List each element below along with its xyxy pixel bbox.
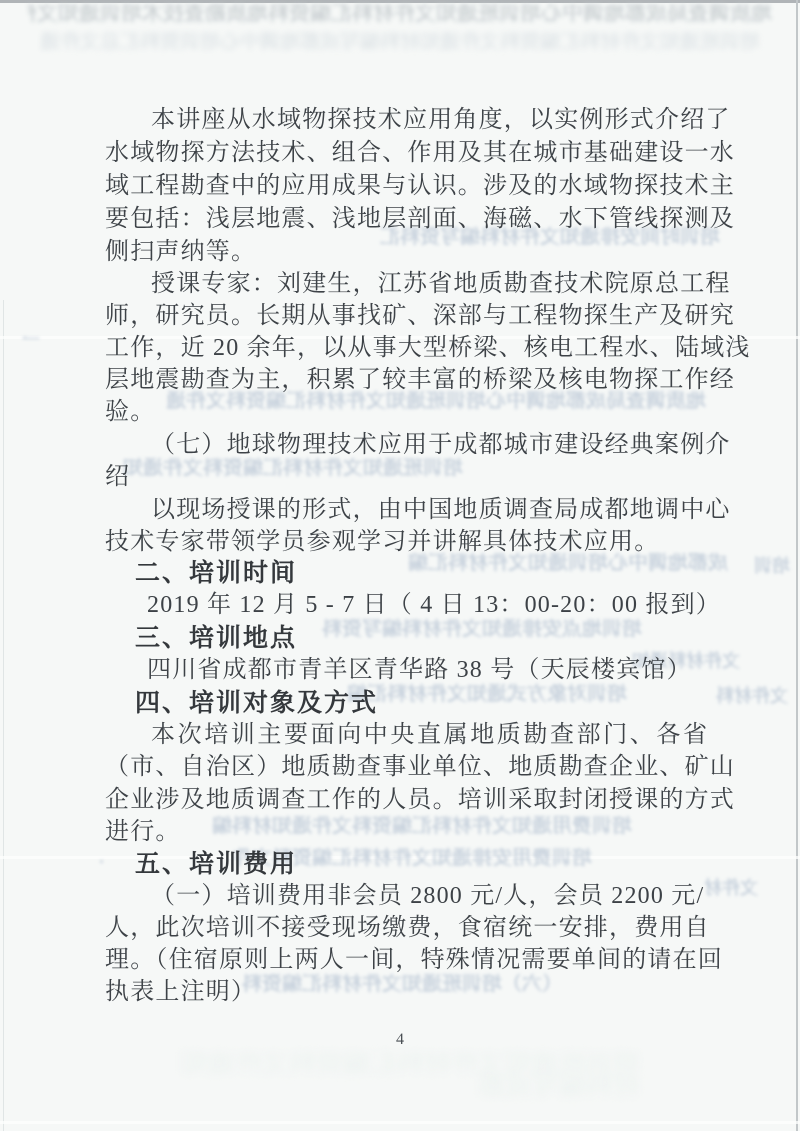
text-line: 要包括：浅层地震、浅地层剖面、海磁、水下管线探测及 (105, 203, 711, 236)
text-line: 侧扫声纳等。 (105, 236, 711, 269)
bleedthrough-artifact: 地质调查局成都地调中心培训班通知文件材料汇编资料地质勘查技术培训通知文件 (28, 4, 772, 25)
scan-top-edge-line (0, 0, 800, 3)
text-line: 以现场授课的形式，由中国地质调查局成都地调中心 (105, 494, 757, 527)
text-line: 层地震勘查为主，积累了较丰富的桥梁及核电物探工作经 (105, 364, 711, 397)
text-line-training-address: 四川省成都市青羊区青华路 38 号（天辰楼宾馆） (105, 654, 753, 687)
text-line: 人，此次培训不接受现场缴费，食宿统一安排，费用自 (105, 912, 711, 945)
text-line: 工作，近 20 余年，以从事大型桥梁、核电工程水、陆域浅 (105, 332, 711, 365)
text-line: （市、自治区）地质勘查事业单位、地质勘查企业、矿山 (105, 751, 711, 784)
bleedthrough-artifact: 培训班通知文件材料汇编资料文件通知材料编写成都 (180, 1052, 640, 1098)
bleedthrough-artifact: 一 (0, 330, 40, 351)
section-heading-training-fee: 五、培训费用 (105, 848, 741, 881)
text-line: 理。（住宿原则上两人一间，特殊情况需要单间的请在回 (105, 944, 711, 977)
text-line: 绍 (105, 461, 711, 494)
bleedthrough-artifact: 培训班通知文件材料汇编资料文件通知材料编写成都地调中心培训资料汇总文件通知 (40, 32, 760, 53)
text-line: 验。 (105, 396, 711, 429)
text-line: 授课专家：刘建生，江苏省地质勘查技术院原总工程 (105, 268, 757, 301)
text-line: 域工程勘查中的应用成果与认识。涉及的水域物探技术主 (105, 170, 711, 203)
page-number: 4 (0, 1031, 800, 1049)
section-heading-training-location: 三、培训地点 (105, 622, 741, 655)
text-line: 技术专家带领学员参观学习并讲解具体技术应用。 (105, 526, 711, 559)
text-line: 企业涉及地质调查工作的人员。培训采取封闭授课的方式 (105, 784, 711, 817)
scan-right-edge-line (796, 0, 798, 1131)
text-line: 师，研究员。长期从事找矿、深部与工程物探生产及研究 (105, 300, 711, 333)
text-line: （七）地球物理技术应用于成都城市建设经典案例介 (105, 429, 757, 462)
text-line-training-fee: （一）培训费用非会员 2800 元/人，会员 2200 元/ (105, 880, 757, 913)
text-line-training-date: 2019 年 12 月 5 - 7 日（ 4 日 13：00-20：00 报到） (105, 589, 753, 622)
section-heading-training-target: 四、培训对象及方式 (105, 687, 741, 720)
text-line: 水域物探方法技术、组合、作用及其在城市基础建设一水 (105, 137, 711, 170)
bleedthrough-artifact: 培训 (742, 556, 790, 577)
text-line: 进行。 (105, 816, 711, 849)
text-line: 本次培训主要面向中央直属地质勘查部门、各省 (105, 719, 757, 752)
bleedthrough-artifact: · (86, 852, 104, 873)
text-line: 本讲座从水域物探技术应用角度，以实例形式介绍了 (105, 104, 757, 137)
scan-streak (0, 1121, 800, 1124)
section-heading-training-time: 二、培训时间 (105, 557, 741, 590)
text-line: 执表上注明） (105, 976, 711, 1009)
scanned-document-page: 地质调查局成都地调中心培训班通知文件材料汇编资料地质勘查技术培训通知文件 培训班… (0, 0, 800, 1131)
scan-left-edge-line (3, 300, 4, 1131)
